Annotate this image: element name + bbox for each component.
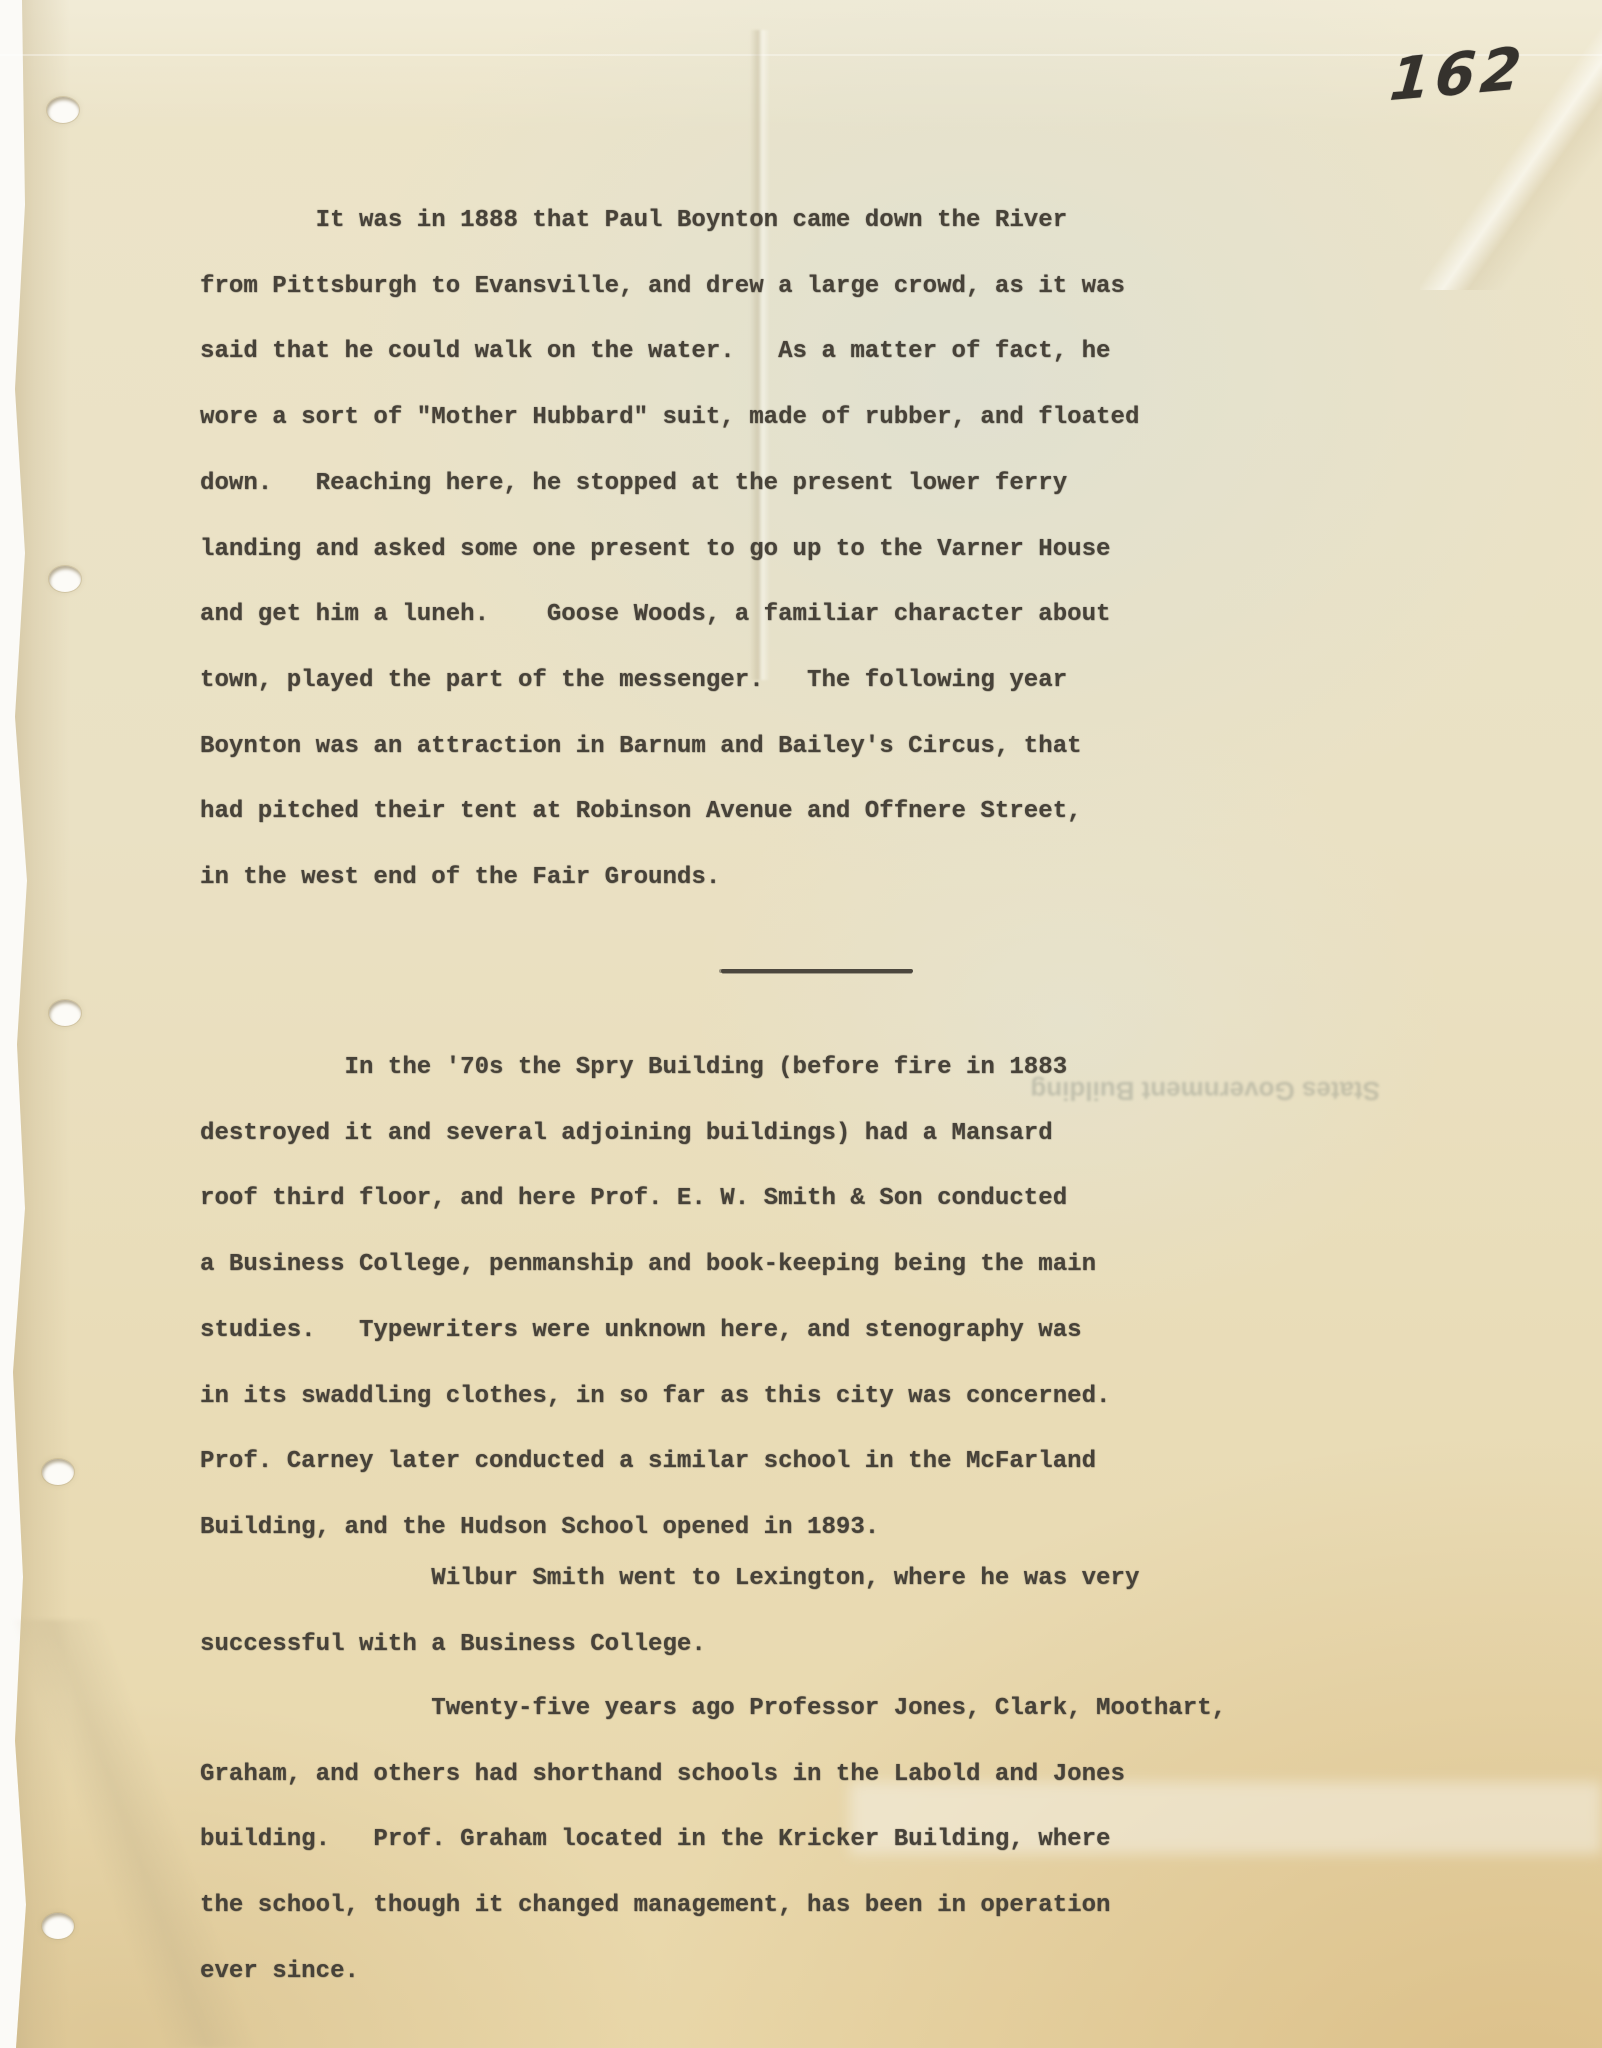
paragraph-shorthand-schools: Twenty-five years ago Professor Jones, C… — [200, 1676, 1226, 2005]
paragraph-spry-building: In the '70s the Spry Building (before fi… — [200, 1035, 1111, 1561]
text-line: and get him a luneh. Goose Woods, a fami… — [200, 582, 1139, 648]
punch-hole — [42, 1459, 74, 1485]
text-line: In the '70s the Spry Building (before fi… — [200, 1035, 1111, 1101]
text-line: wore a sort of "Mother Hubbard" suit, ma… — [200, 385, 1139, 451]
punch-hole — [49, 1000, 81, 1026]
text-line: ever since. — [200, 1939, 1226, 2005]
text-line: had pitched their tent at Robinson Avenu… — [200, 779, 1139, 845]
page-number-handwritten: 162 — [1387, 34, 1529, 115]
text-line: successful with a Business College. — [200, 1612, 1139, 1678]
text-line: in the west end of the Fair Grounds. — [200, 845, 1139, 911]
paragraph-wilbur-smith: Wilbur Smith went to Lexington, where he… — [200, 1546, 1139, 1677]
text-line: destroyed it and several adjoining build… — [200, 1101, 1111, 1167]
text-line: a Business College, penmanship and book-… — [200, 1232, 1111, 1298]
text-line: Wilbur Smith went to Lexington, where he… — [200, 1546, 1139, 1612]
text-line: studies. Typewriters were unknown here, … — [200, 1298, 1111, 1364]
text-line: town, played the part of the messenger. … — [200, 648, 1139, 714]
punch-hole — [47, 97, 79, 123]
text-line: down. Reaching here, he stopped at the p… — [200, 451, 1139, 517]
punch-hole — [42, 1913, 74, 1939]
text-line: from Pittsburgh to Evansville, and drew … — [200, 254, 1139, 320]
paragraph-boynton: It was in 1888 that Paul Boynton came do… — [200, 188, 1139, 911]
text-line: roof third floor, and here Prof. E. W. S… — [200, 1166, 1111, 1232]
text-line: building. Prof. Graham located in the Kr… — [200, 1807, 1226, 1873]
punch-hole — [49, 566, 81, 592]
text-line: It was in 1888 that Paul Boynton came do… — [200, 188, 1139, 254]
text-line: Boynton was an attraction in Barnum and … — [200, 714, 1139, 780]
text-line: Twenty-five years ago Professor Jones, C… — [200, 1676, 1226, 1742]
text-line: Prof. Carney later conducted a similar s… — [200, 1429, 1111, 1495]
typed-divider-rule — [721, 969, 913, 973]
text-line: the school, though it changed management… — [200, 1873, 1226, 1939]
text-line: said that he could walk on the water. As… — [200, 319, 1139, 385]
text-line: in its swaddling clothes, in so far as t… — [200, 1364, 1111, 1430]
text-line: Graham, and others had shorthand schools… — [200, 1742, 1226, 1808]
text-line: landing and asked some one present to go… — [200, 517, 1139, 583]
scanned-page: 162 States Government Building It was in… — [0, 0, 1602, 2048]
